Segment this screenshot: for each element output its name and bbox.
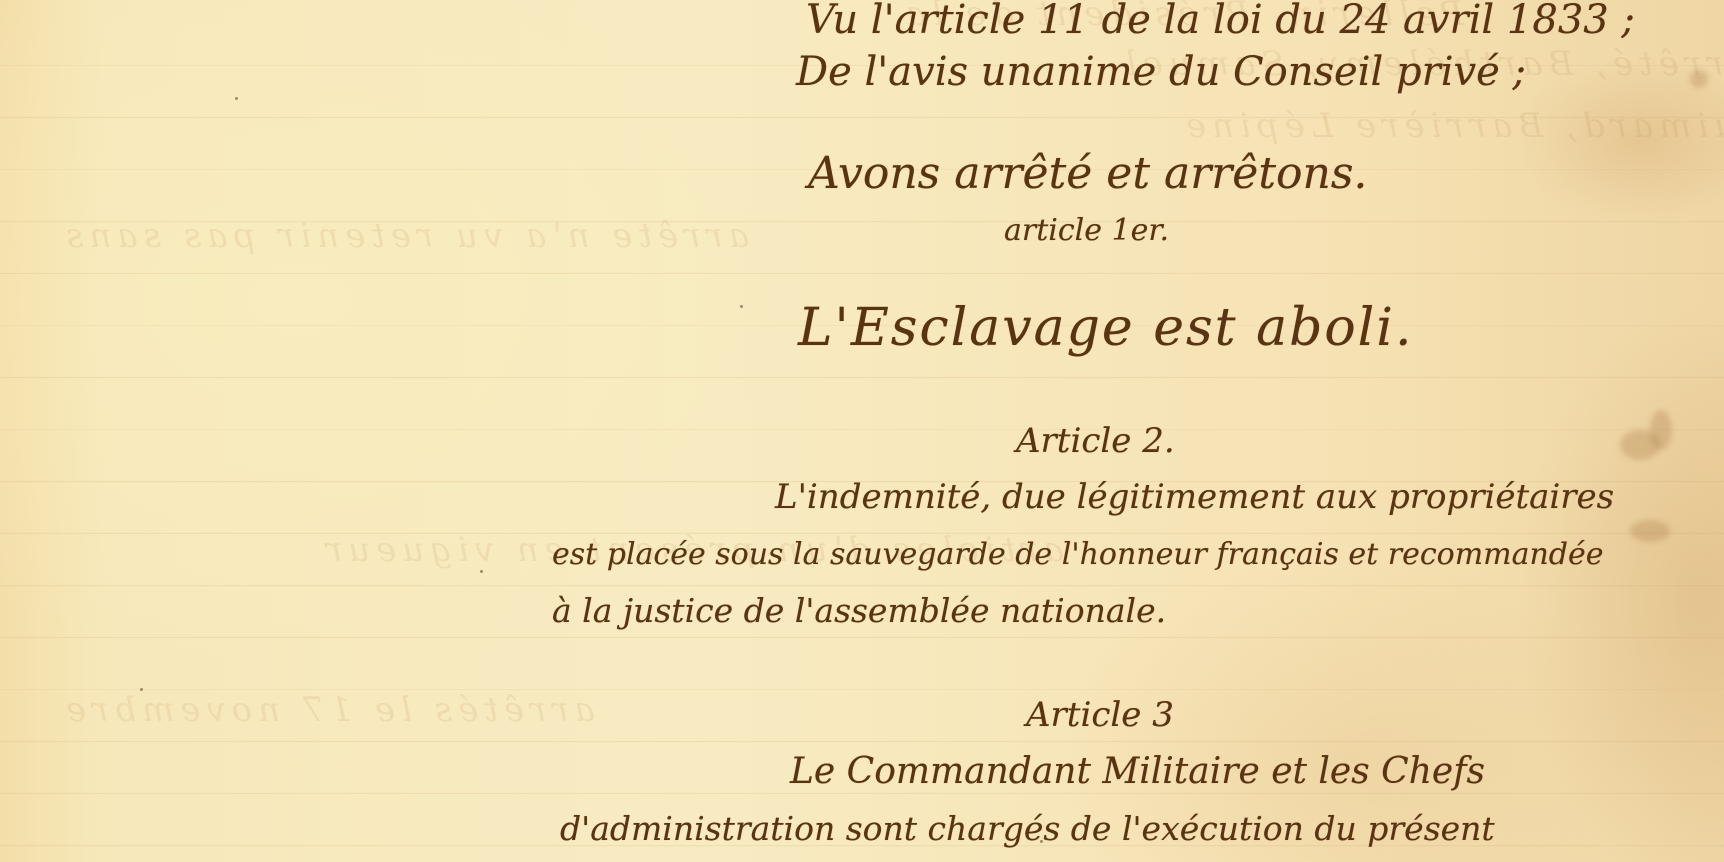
article-text-line: L'indemnité, due légitimement aux propri…	[775, 480, 1614, 514]
bleed-through-line: arrête n'a vu retenir pas sans	[60, 216, 749, 256]
paper-speck	[235, 97, 238, 100]
article-heading: Article 3	[1026, 698, 1174, 732]
bleed-through-line: arrêtés le 17 novembre	[60, 690, 595, 730]
preamble-line: Vu l'article 11 de la loi du 24 avril 18…	[806, 0, 1635, 40]
article-heading: Article 2.	[1016, 424, 1175, 458]
article-text-line: d'administration sont chargés de l'exécu…	[560, 812, 1495, 845]
article-heading: article 1er.	[1004, 216, 1169, 246]
enacting-formula: Avons arrêté et arrêtons.	[808, 152, 1367, 196]
bleed-through-line: Guimard, Barrière Lépine	[1180, 106, 1724, 146]
article-text-line: Le Commandant Militaire et les Chefs	[790, 754, 1485, 790]
article-text-line: L'Esclavage est aboli.	[798, 302, 1413, 354]
paper-speck	[140, 688, 143, 691]
article-text-line: à la justice de l'assemblée nationale.	[552, 594, 1166, 627]
paper-speck	[480, 570, 483, 573]
ink-stain	[1630, 520, 1670, 542]
ink-stain	[1690, 70, 1708, 88]
article-text-line: est placée sous la sauvegarde de l'honne…	[552, 540, 1604, 570]
preamble-line: De l'avis unanime du Conseil privé ;	[796, 52, 1526, 92]
ink-stain	[1650, 410, 1672, 450]
paper-speck	[740, 305, 743, 308]
